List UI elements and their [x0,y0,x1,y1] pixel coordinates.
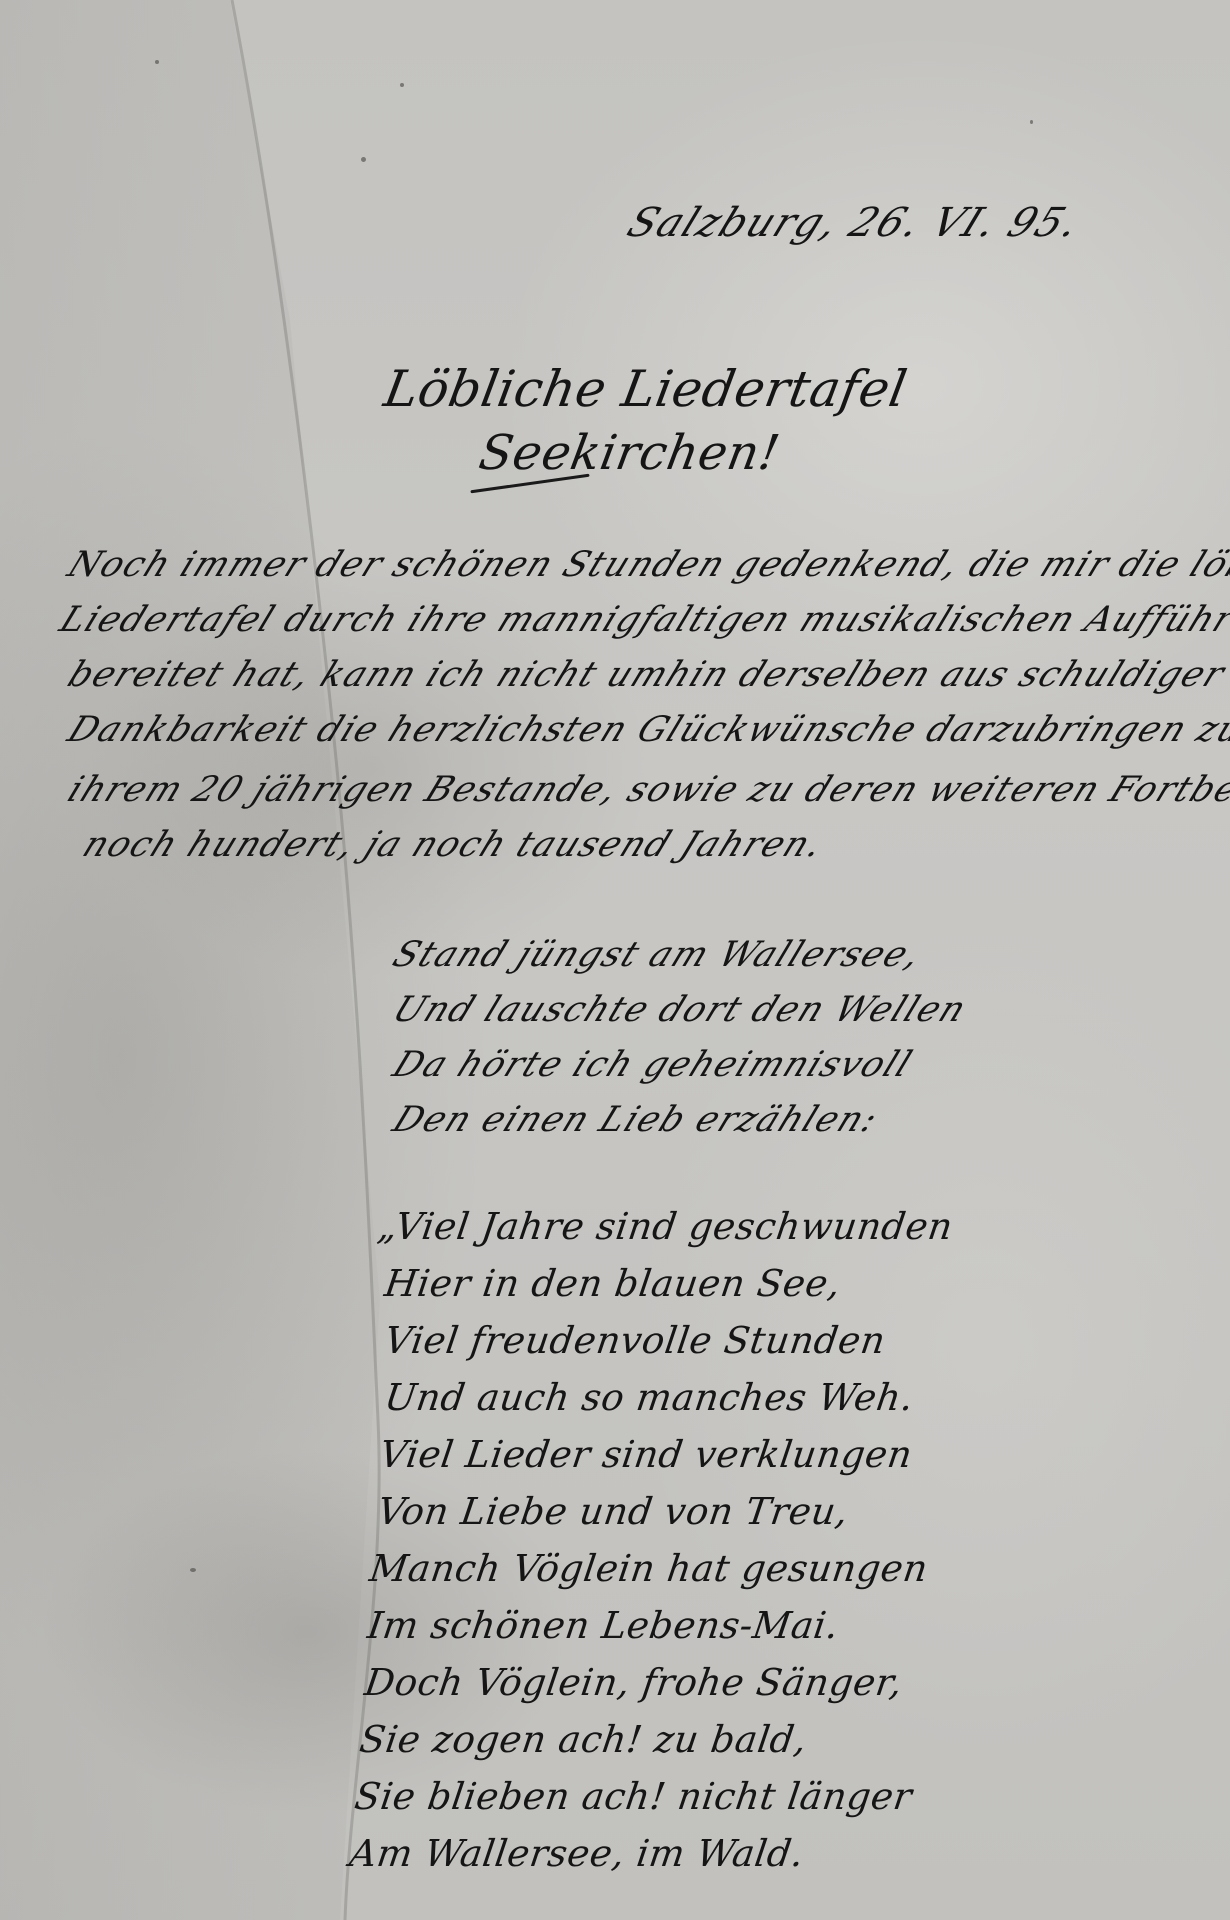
body-line: Liedertafel durch ihre mannigfaltigen mu… [54,600,1230,640]
poem-stanza2-line: Im schönen Lebens-Mai. [365,1604,842,1647]
poem-stanza1-line: Und lauschte dort den Wellen [387,990,973,1030]
letter-page: Salzburg, 26. VI. 95. Löbliche Liedertaf… [0,0,1230,1920]
date-line: Salzburg, 26. VI. 95. [621,200,1088,246]
ink-speck [1030,120,1033,124]
ink-speck [190,1568,196,1572]
poem-stanza2-line: Viel Lieder sind verklungen [377,1433,915,1476]
body-line: bereitet hat, kann ich nicht umhin derse… [62,655,1230,695]
poem-stanza2-line: Sie blieben ach! nicht länger [352,1775,915,1818]
body-line: noch hundert, ja noch tausend Jahren. [77,825,830,865]
poem-stanza2-line: Sie zogen ach! zu bald, [357,1718,810,1761]
salutation-line-1: Löbliche Liedertafel [380,360,911,418]
poem-stanza1-line: Stand jüngst am Wallersee, [387,935,928,975]
poem-stanza1-line: Den einen Lieb erzählen: [387,1100,885,1140]
poem-stanza2-line: Von Liebe und von Treu, [375,1490,851,1533]
ink-speck [400,83,404,87]
paper-fold-shadow [0,0,380,1920]
poem-stanza2-line: Hier in den blauen See, [382,1262,843,1305]
poem-stanza2-line: Doch Vöglein, frohe Sänger, [362,1661,905,1704]
body-line: Noch immer der schönen Stunden gedenkend… [62,545,1230,585]
poem-stanza1-line: Da hörte ich geheimnisvoll [387,1045,919,1085]
poem-stanza2-line: Manch Vöglein hat gesungen [367,1547,931,1590]
poem-stanza2-line: Am Wallersee, im Wald. [347,1832,807,1875]
body-line: ihrem 20 jährigen Bestande, sowie zu der… [62,770,1230,810]
poem-stanza2-line: „Viel Jahre sind geschwunden [375,1205,956,1248]
ink-speck [361,157,366,162]
ink-speck [155,60,159,64]
body-line: Dankbarkeit die herzlichsten Glückwünsch… [62,710,1230,750]
salutation-line-2: Seekirchen! [475,425,784,481]
poem-stanza2-line: Viel freudenvolle Stunden [382,1319,888,1362]
poem-stanza2-line: Und auch so manches Weh. [382,1376,916,1419]
